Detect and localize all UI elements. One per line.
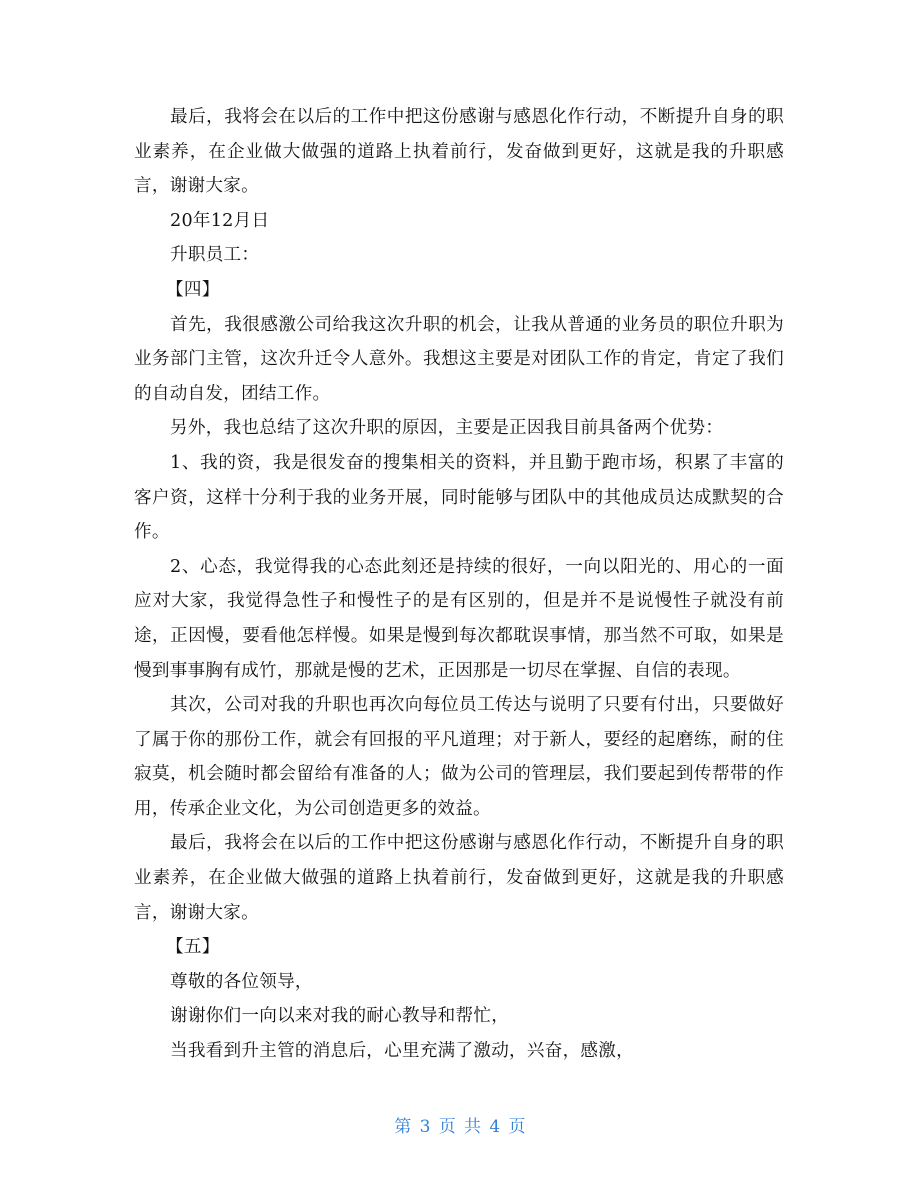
- paragraph-reason-1: 1、我的资，我是很发奋的搜集相关的资料，并且勤于跑市场，积累了丰富的客户资，这样…: [134, 446, 784, 550]
- page-word: 页: [439, 1117, 456, 1137]
- date-line: 20年12月日: [134, 204, 784, 239]
- paragraph-reason-2: 2、心态，我觉得我的心态此刻还是持续的很好，一向以阳光的、用心的一面应对大家，我…: [134, 550, 784, 688]
- salutation-line: 尊敬的各位领导，: [134, 965, 784, 1000]
- section-heading-5: 【五】: [134, 930, 784, 965]
- total-pages-number: 4: [489, 1117, 500, 1137]
- paragraph-first: 首先，我很感激公司给我这次升职的机会，让我从普通的业务员的职位升职为业务部门主管…: [134, 308, 784, 412]
- paragraph-second: 其次，公司对我的升职也再次向每位员工传达与说明了只要有付出，只要做好了属于你的那…: [134, 688, 784, 826]
- section-heading-4: 【四】: [134, 273, 784, 308]
- thanks-line: 谢谢你们一向以来对我的耐心教导和帮忙，: [134, 999, 784, 1034]
- total-word: 共: [464, 1117, 481, 1137]
- page-prefix: 第: [394, 1117, 411, 1137]
- document-body: 最后，我将会在以后的工作中把这份感谢与感恩化作行动，不断提升自身的职业素养，在企…: [134, 100, 784, 1069]
- paragraph-closing-2: 最后，我将会在以后的工作中把这份感谢与感恩化作行动，不断提升自身的职业素养，在企…: [134, 826, 784, 930]
- signature-line: 升职员工：: [134, 238, 784, 273]
- document-page: 最后，我将会在以后的工作中把这份感谢与感恩化作行动，不断提升自身的职业素养，在企…: [0, 0, 920, 1191]
- current-page-number: 3: [420, 1117, 431, 1137]
- feeling-line: 当我看到升主管的消息后，心里充满了激动，兴奋，感激，: [134, 1034, 784, 1069]
- paragraph-reasons-intro: 另外，我也总结了这次升职的原因，主要是正因我目前具备两个优势：: [134, 411, 784, 446]
- page-footer: 第3页共4页: [0, 1112, 920, 1137]
- page-suffix: 页: [508, 1117, 525, 1137]
- paragraph-closing-1: 最后，我将会在以后的工作中把这份感谢与感恩化作行动，不断提升自身的职业素养，在企…: [134, 100, 784, 204]
